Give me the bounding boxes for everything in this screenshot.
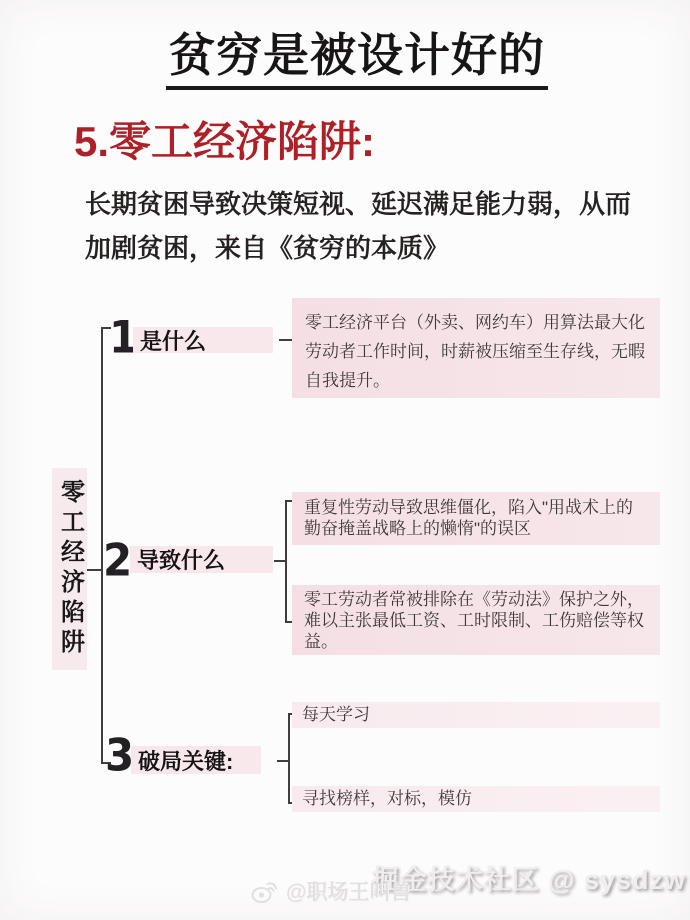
community-watermark: 掘金技术社区 @ sysdzw bbox=[372, 858, 686, 897]
branch2-connector-line bbox=[274, 560, 285, 562]
page-title: 贫穷是被设计好的 bbox=[166, 30, 548, 90]
infographic-canvas: 贫穷是被设计好的 5.零工经济陷阱: 长期贫困导致决策短视、延迟满足能力弱，从而… bbox=[0, 0, 690, 920]
branch3-bracket-line bbox=[288, 713, 290, 804]
weibo-icon bbox=[250, 878, 280, 904]
author-watermark: @职场王叫兽 bbox=[250, 876, 411, 906]
branch3-content-box-2: 寻找榜样，对标，模仿 bbox=[292, 786, 660, 812]
branch1-label-bar: 是什么 bbox=[133, 327, 273, 353]
branch2-content-box-2: 零工劳动者常被排除在《劳动法》保护之外，难以主张最低工资、工时限制、工伤赔偿等权… bbox=[292, 585, 660, 655]
branch3-label: 破局关键: bbox=[131, 745, 233, 776]
mindmap-root-node: 零工经济陷阱 bbox=[52, 468, 87, 670]
branch2-content-box-1: 重复性劳动导致思维僵化，陷入"用战术上的勤奋掩盖战略上的懒惰"的误区 bbox=[292, 492, 660, 545]
branch2-bracket-line bbox=[285, 500, 287, 623]
branch3-content-box-1: 每天学习 bbox=[292, 702, 660, 728]
branch1-content-box: 零工经济平台（外卖、网约车）用算法最大化劳动者工作时间，时薪被压缩至生存线，无暇… bbox=[292, 298, 660, 398]
branch1-connector-line bbox=[279, 339, 292, 341]
intro-text: 长期贫困导致决策短视、延迟满足能力弱，从而加剧贫困，来自《贫穷的本质》 bbox=[85, 182, 655, 270]
mindmap-root-label: 零工经济陷阱 bbox=[58, 479, 82, 659]
section-heading: 5.零工经济陷阱: bbox=[74, 118, 375, 166]
root-connector-line bbox=[87, 569, 101, 571]
author-watermark-text: @职场王叫兽 bbox=[286, 876, 411, 906]
branch2-label: 导致什么 bbox=[130, 544, 225, 575]
branch2-number: 2 bbox=[103, 539, 132, 583]
title-wrap: 贫穷是被设计好的 bbox=[0, 30, 690, 90]
branch3-label-bar: 破局关键: bbox=[131, 746, 261, 774]
branch3-number: 3 bbox=[105, 734, 134, 778]
branch1-label: 是什么 bbox=[133, 325, 206, 356]
branch2-label-bar: 导致什么 bbox=[130, 546, 273, 573]
